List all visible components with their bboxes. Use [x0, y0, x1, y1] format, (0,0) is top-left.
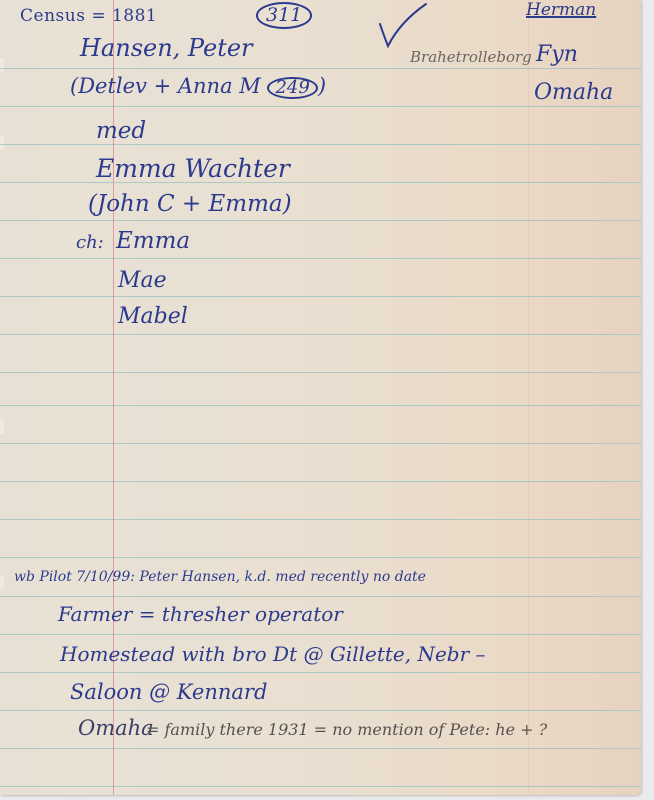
occupation-note: Farmer = thresher operator [58, 604, 343, 624]
parents-record-number: 249 [267, 77, 317, 99]
ruled-line [0, 334, 641, 335]
birthplace-parish: Brahetrolleborg [410, 50, 532, 65]
child-name: Mae [118, 270, 167, 292]
ruled-line [0, 481, 641, 482]
marriage-label: med [96, 120, 146, 143]
children-label: ch: [76, 234, 104, 252]
omaha-note: Omaha [78, 718, 154, 739]
spouse-name: Emma Wachter [96, 156, 290, 181]
child-name: Mabel [118, 306, 188, 328]
parents-close: ) [318, 74, 326, 98]
subject-parents: (Detlev + Anna M 249) [70, 76, 326, 99]
ruled-line [0, 258, 641, 259]
omaha-family-note: = family there 1931 = no mention of Pete… [146, 722, 547, 738]
ruled-line [0, 68, 641, 69]
subject-name: Hansen, Peter [80, 36, 253, 60]
right-margin-line [528, 0, 529, 795]
ruled-line [0, 557, 641, 558]
ruled-line [0, 786, 641, 787]
ruled-line [0, 748, 641, 749]
given-name-herman: Herman [526, 2, 596, 19]
census-note: Census = 1881 [20, 8, 157, 25]
ruled-line [0, 519, 641, 520]
hole-punch [0, 420, 4, 434]
hole-punch [0, 58, 4, 72]
ruled-line [0, 443, 641, 444]
hole-punch [0, 135, 4, 149]
record-number: 311 [256, 2, 312, 29]
parents-names: (Detlev + Anna M [70, 74, 261, 98]
ruled-line [0, 106, 641, 107]
ruled-line [0, 634, 641, 635]
child-name: Emma [116, 230, 190, 253]
ruled-line [0, 596, 641, 597]
residence: Omaha [534, 82, 613, 104]
birthplace-region: Fyn [536, 44, 578, 66]
notebook-page: Census = 1881 311 Herman Hansen, Peter B… [0, 0, 641, 795]
checkmark-icon [378, 2, 428, 48]
ruled-line [0, 710, 641, 711]
hole-punch [0, 575, 4, 589]
record-number-circle: 311 [256, 2, 312, 29]
ruled-line [0, 672, 641, 673]
saloon-note: Saloon @ Kennard [70, 682, 267, 703]
ruled-line [0, 372, 641, 373]
ruled-line [0, 296, 641, 297]
source-note: wb Pilot 7/10/99: Peter Hansen, k.d. med… [14, 570, 426, 584]
ruled-line [0, 144, 641, 145]
ruled-line [0, 405, 641, 406]
homestead-note: Homestead with bro Dt @ Gillette, Nebr – [60, 644, 486, 664]
ruled-line [0, 220, 641, 221]
spouse-parents: (John C + Emma) [88, 193, 292, 216]
